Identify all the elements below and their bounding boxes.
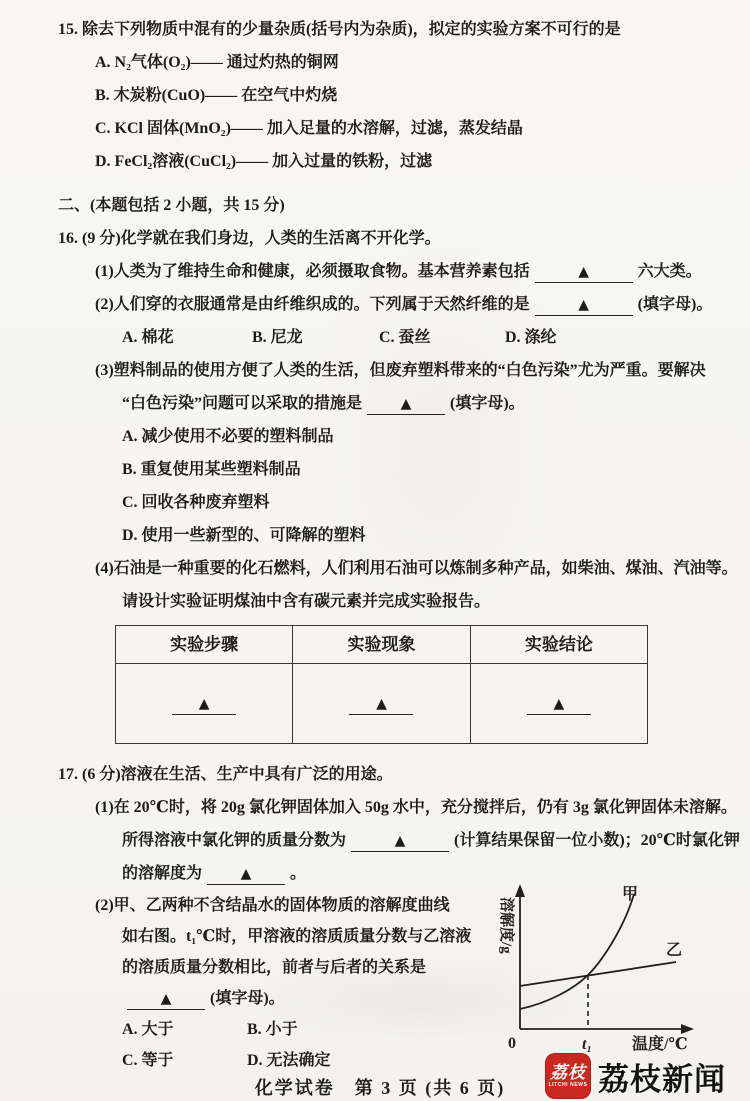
q16-1-text-post: 六大类。	[638, 263, 702, 280]
curve-jia	[520, 894, 634, 1009]
q16-2-option-b: B. 尼龙	[252, 321, 379, 354]
q17-2-option-a: A. 大于	[122, 1014, 247, 1045]
solubility-curve-figure: 甲 乙 0 t₁ 温度/℃ 溶解度/g	[486, 881, 704, 1071]
table-answer-blank: ▲	[527, 693, 591, 715]
litchi-news-wordmark: 荔枝新闻	[598, 1054, 726, 1099]
badge-zh-text: 荔枝	[550, 1064, 586, 1082]
answer-triangle-icon: ▲	[553, 696, 564, 712]
q16-1-line: (1)人类为了维持生命和健康，必须摄取食物。基本营养素包括▲六大类。	[95, 255, 702, 288]
answer-triangle-icon: ▲	[401, 396, 412, 412]
q16-2-text-post: (填字母)。	[638, 296, 713, 313]
answer-triangle-icon: ▲	[161, 991, 172, 1007]
badge-en-text: LITCHI NEWS	[548, 1082, 587, 1089]
answer-triangle-icon: ▲	[578, 264, 589, 280]
q16-2-option-c: C. 蚕丝	[379, 321, 505, 354]
q15-option-b: B. 木炭粉(CuO)—— 在空气中灼烧	[95, 79, 702, 112]
q16-2-text-pre: (2)人们穿的衣服通常是由纤维织成的。下列属于天然纤维的是	[95, 296, 530, 313]
answer-triangle-icon: ▲	[578, 297, 589, 313]
q16-2-option-a: A. 棉花	[122, 321, 252, 354]
q17-1-text-pre: 所得溶液中氯化钾的质量分数为	[122, 832, 346, 849]
q17-2-text-post: (填字母)。	[210, 990, 285, 1007]
q16-3-option-c: C. 回收各种废弃塑料	[122, 486, 702, 519]
q16-4-line2: 请设计实验证明煤油中含有碳元素并完成实验报告。	[122, 585, 702, 618]
y-axis-arrow-icon	[515, 884, 525, 897]
section-2-title: 二、(本题包括 2 小题，共 15 分)	[58, 189, 702, 222]
q17-stem: 17. (6 分)溶液在生活、生产中具有广泛的用途。	[58, 758, 702, 791]
report-header-conclusion: 实验结论	[470, 626, 647, 664]
report-cell-steps: ▲	[116, 664, 293, 744]
q16-3-line2: “白色污染”问题可以采取的措施是▲(填字母)。	[122, 387, 702, 420]
q16-3-option-b: B. 重复使用某些塑料制品	[122, 453, 702, 486]
q16-2-line: (2)人们穿的衣服通常是由纤维织成的。下列属于天然纤维的是▲(填字母)。	[95, 288, 702, 321]
answer-triangle-icon: ▲	[395, 833, 406, 849]
q17-1-text-pre2: 的溶解度为	[122, 865, 202, 882]
q15-option-c: C. KCl 固体(MnO₂)—— 加入足量的水溶解，过滤，蒸发结晶	[95, 112, 702, 145]
q16-stem: 16. (9 分)化学就在我们身边，人类的生活离不开化学。	[58, 222, 702, 255]
curve-yi-label: 乙	[666, 941, 682, 959]
curve-yi	[520, 962, 676, 986]
y-axis-label: 溶解度/g	[498, 897, 516, 954]
t1-tick-label: t₁	[582, 1036, 592, 1053]
q17-1-text-post: 。	[290, 865, 306, 882]
report-answer-row: ▲ ▲ ▲	[116, 664, 648, 744]
table-answer-blank: ▲	[349, 693, 413, 715]
q17-1-text-mid: (计算结果保留一位小数)；20℃时氯化钾	[454, 832, 740, 849]
q16-3-text-post: (填字母)。	[450, 395, 525, 412]
report-cell-conclusion: ▲	[470, 664, 647, 744]
q15-option-a: A. N₂气体(O₂)—— 通过灼热的铜网	[95, 46, 702, 79]
x-axis-arrow-icon	[681, 1024, 694, 1034]
experiment-report-table: 实验步骤 实验现象 实验结论 ▲ ▲ ▲	[115, 625, 648, 744]
q16-3-answer-blank: ▲	[367, 393, 445, 415]
table-answer-blank: ▲	[172, 693, 236, 715]
q17-2-option-b: B. 小于	[247, 1014, 298, 1045]
answer-triangle-icon: ▲	[376, 696, 387, 712]
q17-1-answer-blank-2: ▲	[207, 863, 285, 885]
report-header-row: 实验步骤 实验现象 实验结论	[116, 626, 648, 664]
q16-2-answer-blank: ▲	[535, 294, 633, 316]
q17-1-answer-blank-1: ▲	[351, 830, 449, 852]
report-header-phenomena: 实验现象	[293, 626, 470, 664]
q16-3-option-d: D. 使用一些新型的、可降解的塑料	[122, 519, 702, 552]
q16-1-text-pre: (1)人类为了维持生命和健康，必须摄取食物。基本营养素包括	[95, 263, 530, 280]
q15-stem: 15. 除去下列物质中混有的少量杂质(括号内为杂质)，拟定的实验方案不可行的是	[58, 13, 702, 46]
answer-triangle-icon: ▲	[199, 696, 210, 712]
q15-option-d: D. FeCl₂溶液(CuCl₂)—— 加入过量的铁粉，过滤	[95, 145, 702, 178]
answer-triangle-icon: ▲	[241, 866, 252, 882]
q16-2-options-row: A. 棉花 B. 尼龙 C. 蚕丝 D. 涤纶	[122, 321, 702, 354]
q17-2-answer-blank: ▲	[127, 988, 205, 1010]
report-header-steps: 实验步骤	[116, 626, 293, 664]
curve-jia-label: 甲	[622, 885, 638, 903]
litchi-news-logo: 荔枝 LITCHI NEWS 荔枝新闻	[545, 1053, 726, 1099]
q16-4-line1: (4)石油是一种重要的化石燃料，人们利用石油可以炼制多种产品，如柴油、煤油、汽油…	[95, 552, 702, 585]
report-cell-phenomena: ▲	[293, 664, 470, 744]
solubility-curve-svg: 甲 乙 0 t₁ 温度/℃ 溶解度/g	[486, 881, 704, 1071]
exam-page: 15. 除去下列物质中混有的少量杂质(括号内为杂质)，拟定的实验方案不可行的是 …	[0, 0, 750, 1101]
q17-1-line2: 所得溶液中氯化钾的质量分数为▲(计算结果保留一位小数)；20℃时氯化钾	[122, 824, 702, 857]
q16-1-answer-blank: ▲	[535, 261, 633, 283]
q17-2-option-d: D. 无法确定	[247, 1045, 331, 1076]
q17-2-option-c: C. 等于	[122, 1045, 247, 1076]
q16-3-text-pre: “白色污染”问题可以采取的措施是	[122, 395, 362, 412]
q16-2-option-d: D. 涤纶	[505, 321, 557, 354]
q16-3-line1: (3)塑料制品的使用方便了人类的生活，但废弃塑料带来的“白色污染”尤为严重。要解…	[95, 354, 702, 387]
x-axis-label: 温度/℃	[632, 1034, 688, 1053]
litchi-news-badge-icon: 荔枝 LITCHI NEWS	[545, 1053, 591, 1099]
origin-label: 0	[508, 1035, 516, 1052]
q17-1-line1: (1)在 20℃时，将 20g 氯化钾固体加入 50g 水中，充分搅拌后，仍有 …	[95, 791, 702, 824]
q16-3-option-a: A. 减少使用不必要的塑料制品	[122, 420, 702, 453]
